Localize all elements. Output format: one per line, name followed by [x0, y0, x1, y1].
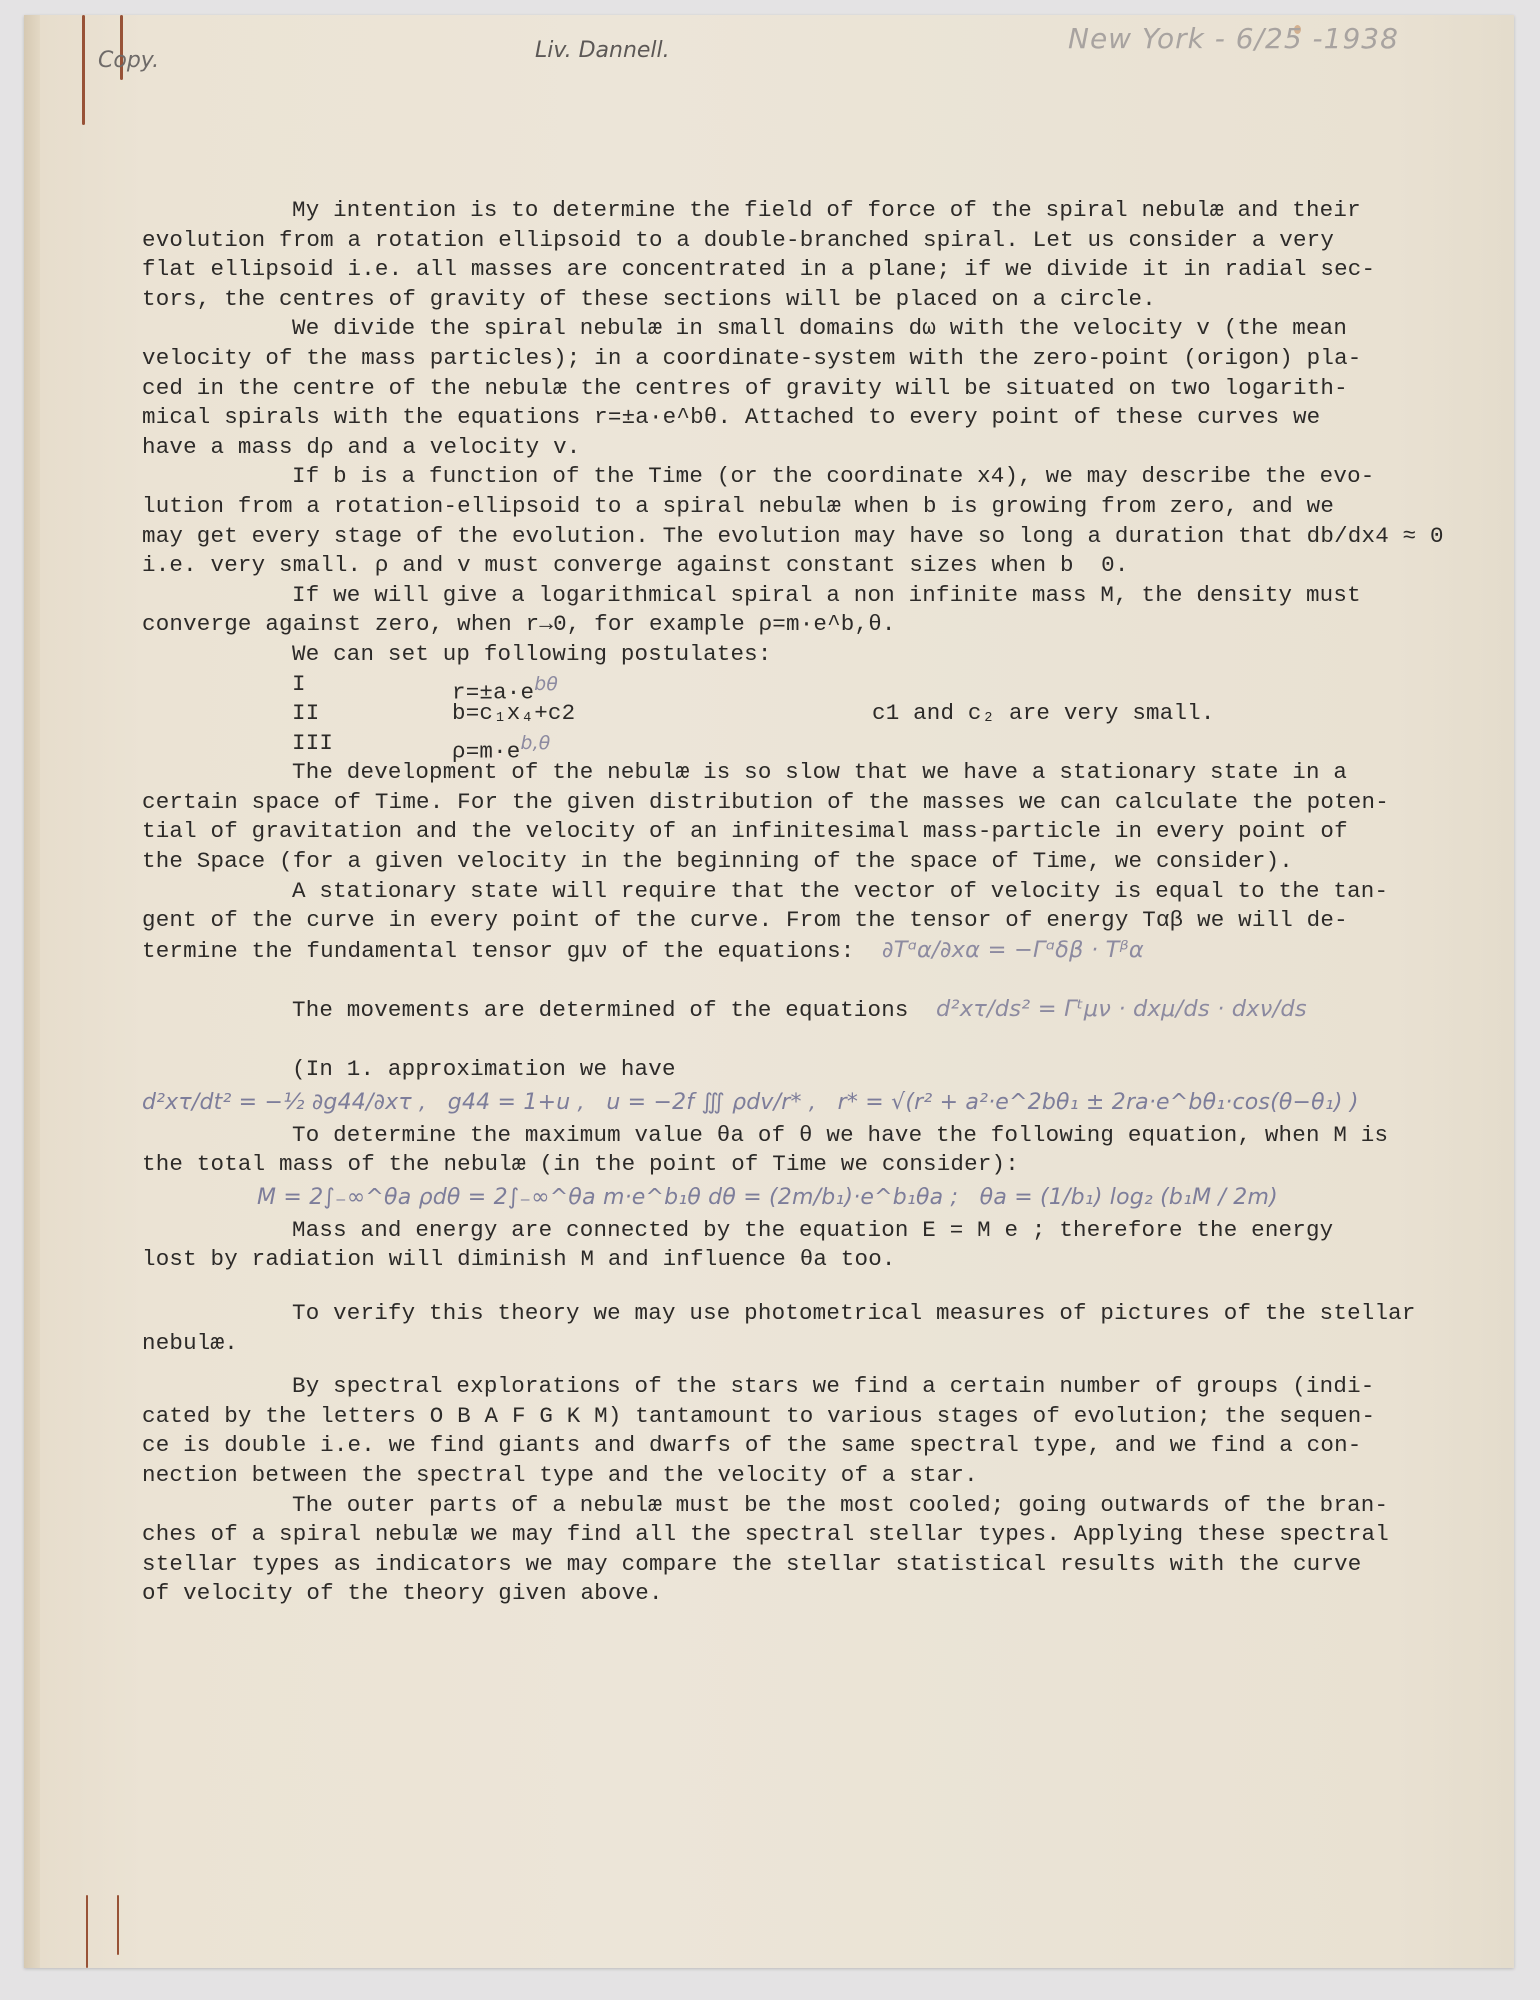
text-line: termine the fundamental tensor gμν of th… — [142, 938, 855, 964]
handwritten-equation: ∂Tᵅα/∂xα = −Γᵅδβ · Tᵝα — [882, 937, 1144, 963]
text-line: tors, the centres of gravity of these se… — [142, 285, 1502, 315]
text-line: mical spirals with the equations r=±a·e^… — [142, 403, 1502, 433]
paragraph: The outer parts of a nebulæ must be the … — [142, 1491, 1502, 1609]
spacer — [142, 965, 1502, 995]
text-line: lution from a rotation-ellipsoid to a sp… — [142, 492, 1502, 522]
postulate-row: I r=±a·ebθ — [142, 670, 1502, 700]
text-line: lost by radiation will diminish M and in… — [142, 1245, 1502, 1275]
postulate-expression: ρ=m·eb,θ — [452, 729, 872, 759]
text-line: (In 1. approximation we have — [142, 1055, 1502, 1085]
text-line: converge against zero, when r→0, for exa… — [142, 610, 1502, 640]
text-line: stellar types as indicators we may compa… — [142, 1550, 1502, 1580]
spacer — [142, 1358, 1502, 1372]
handwritten-signature: Liv. Dannell. — [535, 38, 670, 63]
text-line: i.e. very small. ρ and v must converge a… — [142, 551, 1502, 581]
text-line: the Space (for a given velocity in the b… — [142, 847, 1502, 877]
rust-stain-mark — [86, 1895, 88, 1968]
expr-superscript: bθ — [534, 674, 558, 695]
copy-mark: Copy. — [98, 48, 159, 73]
text-line: have a mass dρ and a velocity v. — [142, 433, 1502, 463]
text-line: Mass and energy are connected by the equ… — [142, 1216, 1502, 1246]
text-line: The development of the nebulæ is so slow… — [142, 758, 1502, 788]
text-line: gent of the curve in every point of the … — [142, 906, 1502, 936]
postulate-expression: b=c₁x₄+c2 — [452, 699, 872, 729]
text-line: To determine the maximum value θa of θ w… — [142, 1121, 1502, 1151]
text-line: cated by the letters O B A F G K M) tant… — [142, 1402, 1502, 1432]
text-line: By spectral explorations of the stars we… — [142, 1372, 1502, 1402]
text-line: the total mass of the nebulæ (in the poi… — [142, 1150, 1502, 1180]
text-line: nebulæ. — [142, 1329, 1502, 1359]
postulate-number: II — [142, 699, 452, 729]
postulate-note: c1 and c₂ are very small. — [872, 699, 1215, 729]
text-line: certain space of Time. For the given dis… — [142, 788, 1502, 818]
text-line: My intention is to determine the field o… — [142, 196, 1502, 226]
paragraph: To determine the maximum value θa of θ w… — [142, 1121, 1502, 1216]
paragraph: If we will give a logarithmical spiral a… — [142, 581, 1502, 640]
text-line: ced in the centre of the nebulæ the cent… — [142, 374, 1502, 404]
text-line: If we will give a logarithmical spiral a… — [142, 581, 1502, 611]
postulate-number: III — [142, 729, 452, 759]
text-line: ches of a spiral nebulæ we may find all … — [142, 1520, 1502, 1550]
text-line: ce is double i.e. we find giants and dwa… — [142, 1431, 1502, 1461]
postulates-list: I r=±a·ebθ II b=c₁x₄+c2 c1 and c₂ are ve… — [142, 670, 1502, 759]
postulate-row: III ρ=m·eb,θ — [142, 729, 1502, 759]
text-line: The movements are determined of the equa… — [292, 997, 909, 1023]
text-line: evolution from a rotation ellipsoid to a… — [142, 226, 1502, 256]
text-line: may get every stage of the evolution. Th… — [142, 522, 1502, 552]
text-line: The outer parts of a nebulæ must be the … — [142, 1491, 1502, 1521]
text-line: flat ellipsoid i.e. all masses are conce… — [142, 255, 1502, 285]
postulate-expression: r=±a·ebθ — [452, 670, 872, 700]
spacer — [142, 1025, 1502, 1055]
text-line: To verify this theory we may use photome… — [142, 1299, 1502, 1329]
text-line: tial of gravitation and the velocity of … — [142, 817, 1502, 847]
text-line: of velocity of the theory given above. — [142, 1579, 1502, 1609]
rust-stain-mark — [117, 1895, 119, 1955]
paragraph: Mass and energy are connected by the equ… — [142, 1216, 1502, 1275]
handwritten-equation: M = 2∫₋∞^θa ρdθ = 2∫₋∞^θa m·e^b₁θ dθ = (… — [142, 1180, 1502, 1216]
paragraph: By spectral explorations of the stars we… — [142, 1372, 1502, 1490]
spacer — [142, 1275, 1502, 1299]
text-line: A stationary state will require that the… — [142, 877, 1502, 907]
torn-binding-edge — [24, 15, 40, 1968]
text-line: We can set up following postulates: — [142, 640, 1502, 670]
paragraph: My intention is to determine the field o… — [142, 196, 1502, 314]
text-line: nection between the spectral type and th… — [142, 1461, 1502, 1491]
expr-superscript: b,θ — [521, 733, 551, 754]
handwritten-equation: d²xτ/ds² = Γᵗμν · dxμ/ds · dxν/ds — [936, 996, 1307, 1022]
postulate-number: I — [142, 670, 452, 700]
text-line: velocity of the mass particles); in a co… — [142, 344, 1502, 374]
handwritten-equation: d²xτ/dt² = −½ ∂g44/∂xτ , g44 = 1+u , u =… — [142, 1085, 1502, 1121]
text-line: If b is a function of the Time (or the c… — [142, 462, 1502, 492]
rust-stain-mark — [82, 15, 85, 125]
paragraph: We divide the spiral nebulæ in small dom… — [142, 314, 1502, 462]
expr-text: b=c₁x₄+c2 — [452, 700, 575, 726]
text-line: We divide the spiral nebulæ in small dom… — [142, 314, 1502, 344]
typewritten-body: My intention is to determine the field o… — [142, 196, 1502, 1609]
paragraph: If b is a function of the Time (or the c… — [142, 462, 1502, 580]
paragraph: The development of the nebulæ is so slow… — [142, 758, 1502, 876]
place-date: New York - 6/25 -1938 — [1068, 22, 1399, 55]
postulate-row: II b=c₁x₄+c2 c1 and c₂ are very small. — [142, 699, 1502, 729]
paragraph: To verify this theory we may use photome… — [142, 1299, 1502, 1358]
paragraph: A stationary state will require that the… — [142, 877, 1502, 966]
